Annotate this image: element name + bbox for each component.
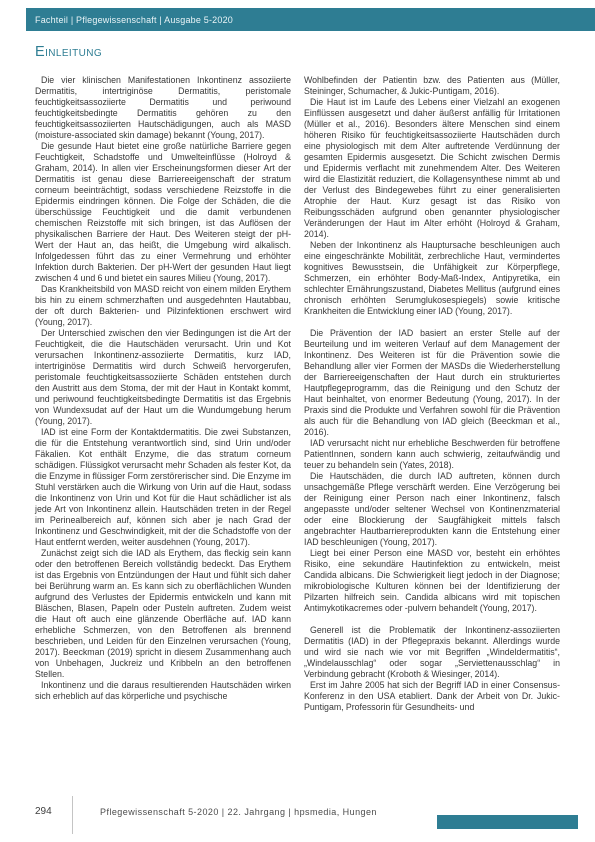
footer-accent-bar xyxy=(437,815,578,829)
header-text: Fachteil | Pflegewissenschaft | Ausgabe … xyxy=(26,15,233,25)
paragraph: IAD verursacht nicht nur erhebliche Besc… xyxy=(304,438,560,471)
paragraph: Die gesunde Haut bietet eine große natür… xyxy=(35,141,291,284)
article-body: Die vier klinischen Manifestationen Inko… xyxy=(35,75,560,713)
paragraph: Der Unterschied zwischen den vier Beding… xyxy=(35,328,291,427)
paragraph: Erst im Jahre 2005 hat sich der Begriff … xyxy=(304,680,560,713)
paragraph: Die Haut ist im Laufe des Lebens einer V… xyxy=(304,97,560,240)
paragraph: Die Hautschäden, die durch IAD auftreten… xyxy=(304,471,560,548)
header-bar: Fachteil | Pflegewissenschaft | Ausgabe … xyxy=(26,8,595,31)
paragraph: Neben der Inkontinenz als Hauptursache b… xyxy=(304,240,560,317)
paragraph: Wohlbefinden der Patientin bzw. des Pati… xyxy=(304,75,560,97)
paragraph: Liegt bei einer Person eine MASD vor, be… xyxy=(304,548,560,614)
paragraph: Die Prävention der IAD basiert an erster… xyxy=(304,328,560,438)
right-column: Wohlbefinden der Patientin bzw. des Pati… xyxy=(304,75,560,713)
paragraph: IAD ist eine Form der Kontaktdermatitis.… xyxy=(35,427,291,548)
paragraph: Generell ist die Problematik der Inkonti… xyxy=(304,625,560,680)
page-number: 294 xyxy=(35,806,52,817)
paragraph: Inkontinenz und die daraus resultierende… xyxy=(35,680,291,702)
paragraph: Zunächst zeigt sich die IAD als Erythem,… xyxy=(35,548,291,680)
footer-divider xyxy=(72,796,73,834)
journal-info-line: Pflegewissenschaft 5-2020 | 22. Jahrgang… xyxy=(100,807,377,817)
paragraph: Das Krankheitsbild von MASD reicht von e… xyxy=(35,284,291,328)
journal-page: Fachteil | Pflegewissenschaft | Ausgabe … xyxy=(0,0,595,842)
left-column: Die vier klinischen Manifestationen Inko… xyxy=(35,75,291,713)
section-heading-einleitung: Einleitung xyxy=(35,44,102,60)
paragraph: Die vier klinischen Manifestationen Inko… xyxy=(35,75,291,141)
